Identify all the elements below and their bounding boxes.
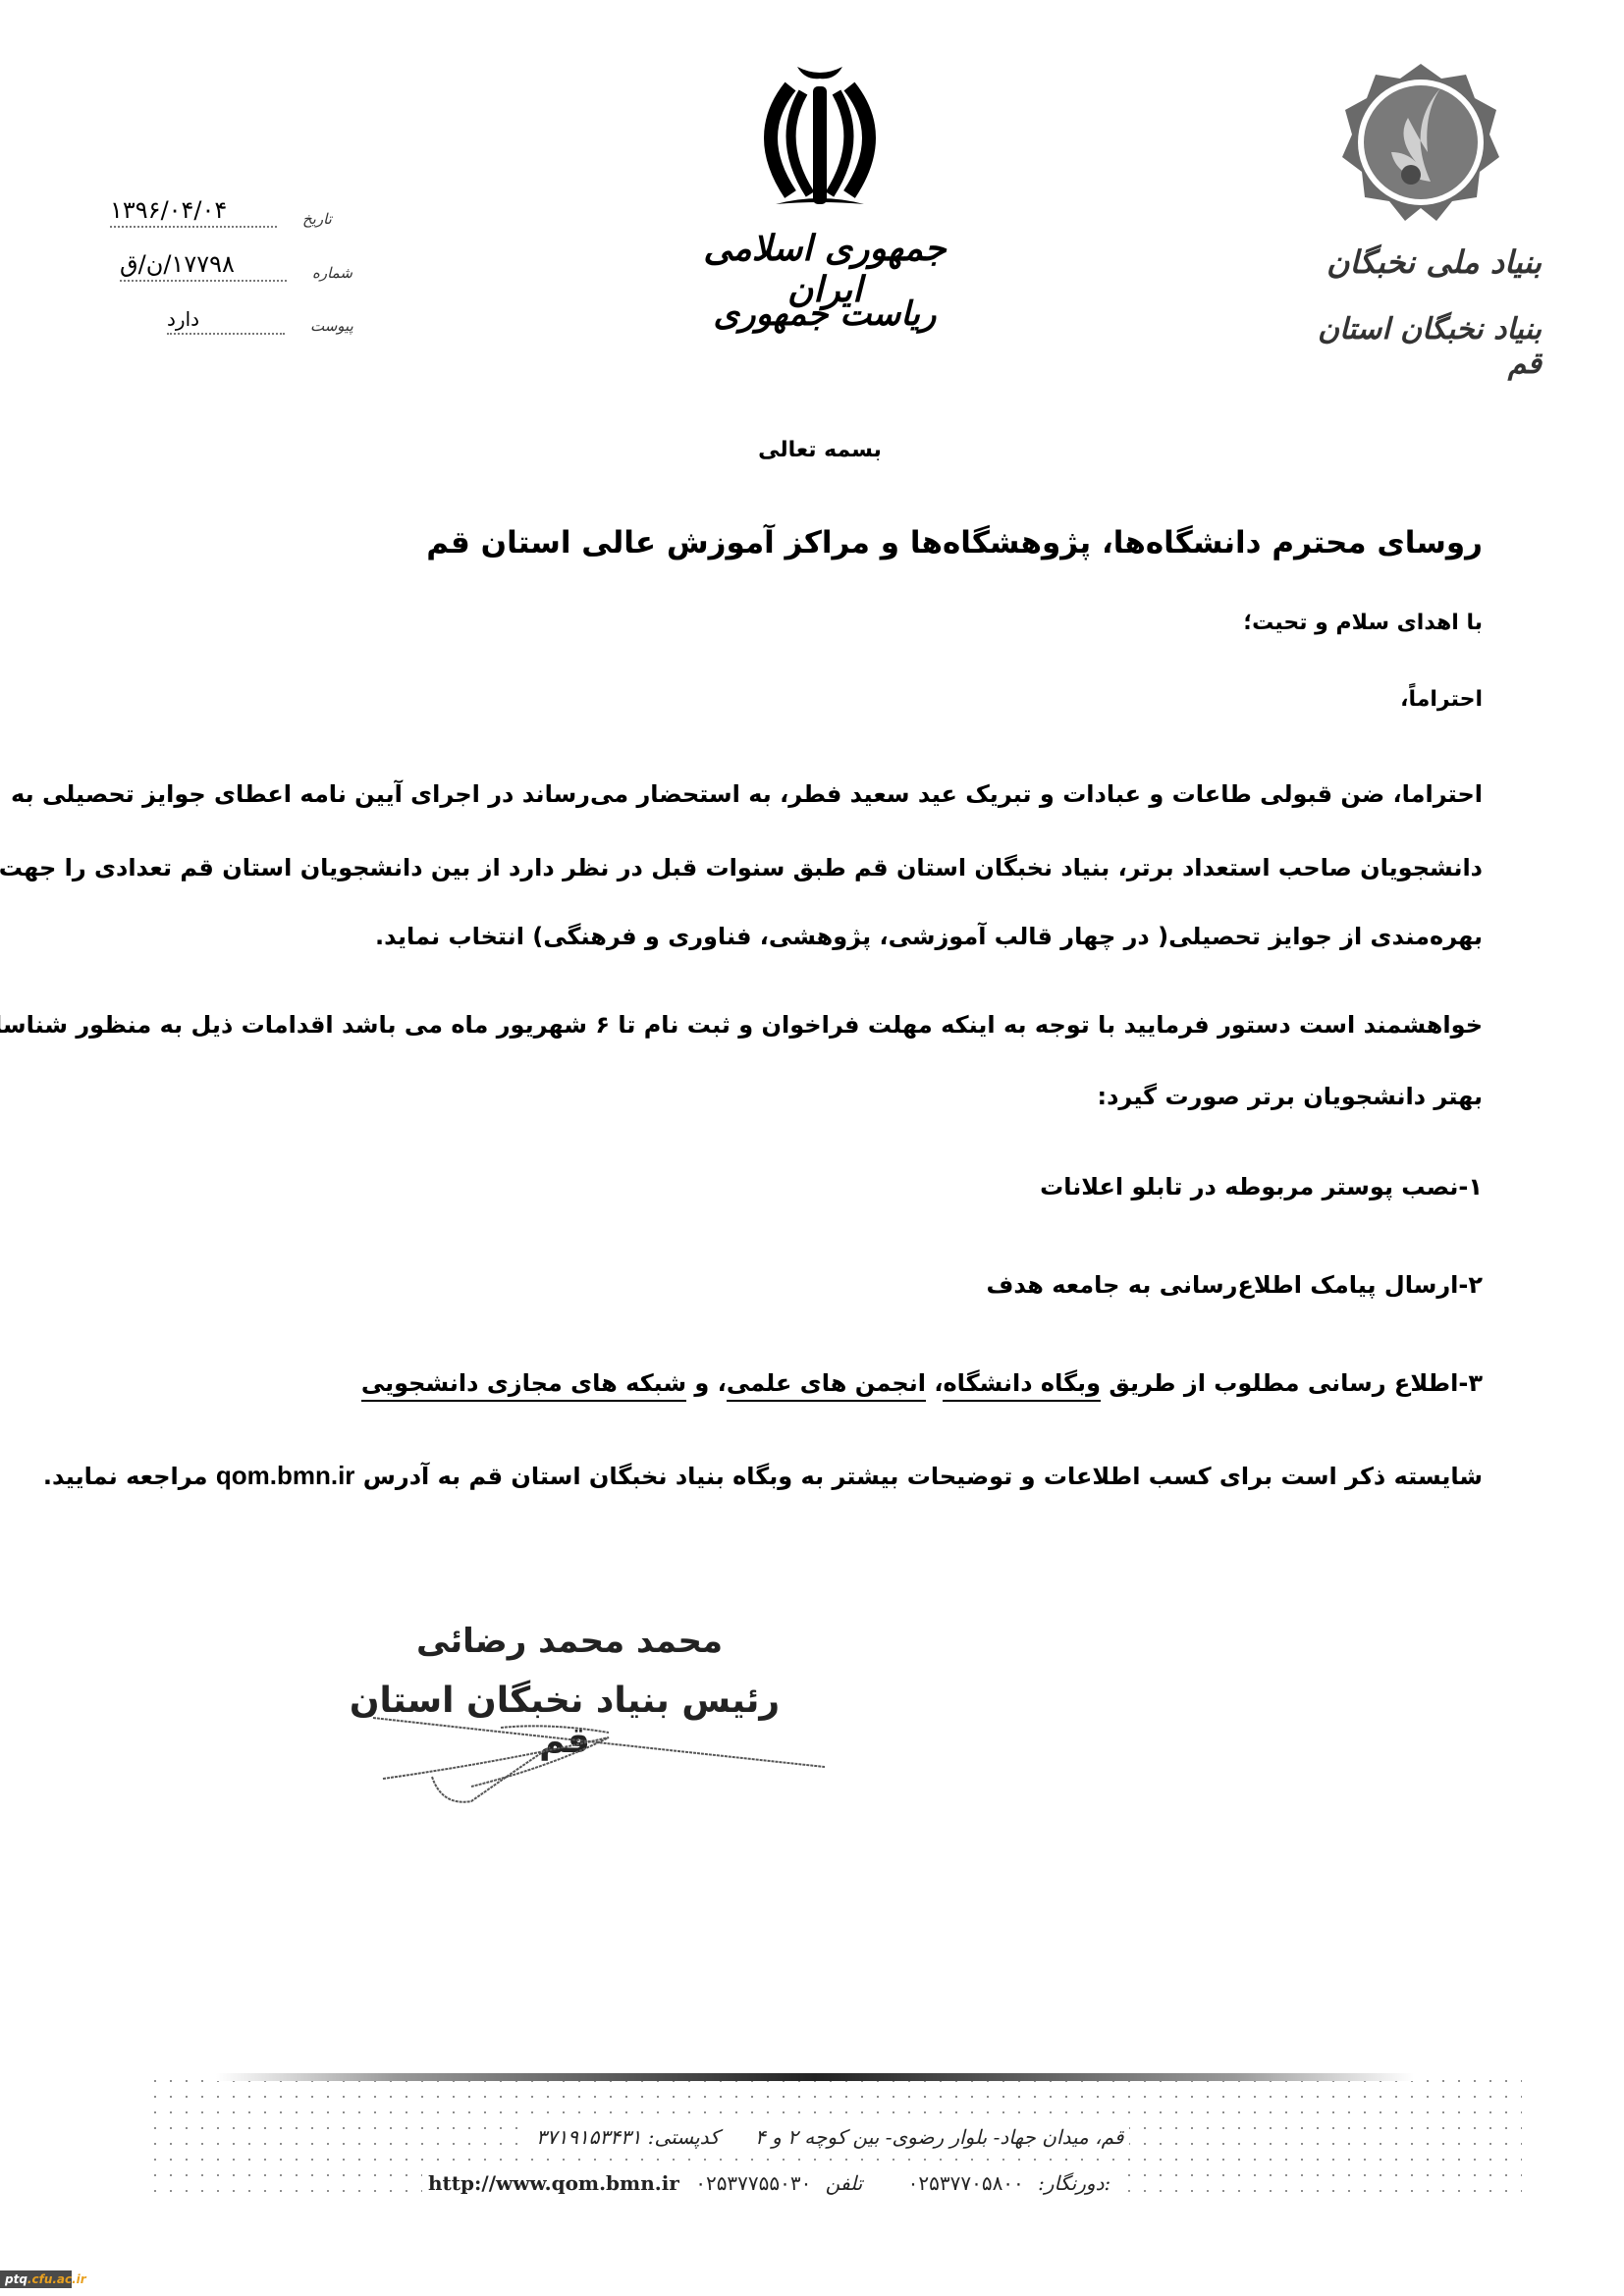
letter-number-value: ۱۷۷۹۸/ن/ق xyxy=(120,250,287,282)
list-item-2: ۲-ارسال پیامک اطلاع‌رسانی به جامعه هدف xyxy=(986,1271,1483,1299)
greeting: با اهدای سلام و تحیت؛ xyxy=(1243,611,1483,635)
footer-contact-line: http://www.qom.bmn.ir ۰۲۵۳۷۷۵۵۰۳۰ دورنگا… xyxy=(422,2171,1116,2195)
paragraph2-line2: بهتر دانشجویان برتر صورت گیرد: xyxy=(1098,1083,1483,1110)
site-watermark: ptq.cfu.ac.ir xyxy=(0,2270,72,2288)
closing-text-end: مراجعه نمایید. xyxy=(43,1463,216,1490)
paragraph1-line2: دانشجویان صاحب استعداد برتر، بنیاد نخبگا… xyxy=(145,854,1483,881)
footer-address-line: قم، میدان جهاد- بلوار رضوی- بین کوچه ۲ و… xyxy=(530,2125,1129,2149)
handwritten-signature-icon xyxy=(353,1708,844,1816)
footer-fax: ۰۲۵۳۷۷۵۵۰۳۰ xyxy=(695,2171,811,2195)
list-item-3: ۳-اطلاع رسانی مطلوب از طریق وبگاه دانشگا… xyxy=(361,1369,1483,1397)
link-university-website[interactable]: وبگاه دانشگاه xyxy=(943,1369,1101,1402)
separator: ، و xyxy=(686,1369,727,1397)
logo-caption-1: بنیاد ملی نخبگان xyxy=(1316,243,1542,281)
date-value: ۱۳۹۶/۰۴/۰۴ xyxy=(110,196,277,228)
footer-fax-label: دورنگار: xyxy=(1038,2171,1104,2195)
footer-website[interactable]: http://www.qom.bmn.ir xyxy=(428,2171,679,2195)
paragraph2-line1: خواهشمند است دستور فرمایید با توجه به ای… xyxy=(145,1011,1483,1039)
date-label: تاریخ xyxy=(302,210,332,228)
iran-emblem-icon xyxy=(736,57,903,224)
number-label: شماره xyxy=(312,264,352,282)
link-student-social-networks[interactable]: شبکه های مجازی دانشجویی xyxy=(361,1369,686,1402)
footer-address: قم، میدان جهاد- بلوار رضوی- بین کوچه ۲ و… xyxy=(755,2125,1123,2149)
bonyad-nokhbegan-logo-icon xyxy=(1337,59,1504,226)
footer-rule xyxy=(216,2073,1414,2081)
paragraph1-line1: احتراما، ضن قبولی طاعات و عبادات و تبریک… xyxy=(145,780,1483,808)
emblem-caption-2: ریاست جمهوری xyxy=(687,294,962,334)
number-row: ۱۷۷۹۸/ن/ق شماره xyxy=(120,250,352,282)
attachment-row: دارد پیوست xyxy=(167,307,353,335)
closing-paragraph: شایسته ذکر است برای کسب اطلاعات و توضیحا… xyxy=(43,1461,1483,1491)
list-item-3-prefix: ۳-اطلاع رسانی مطلوب از طریق xyxy=(1101,1369,1483,1397)
watermark-part1: ptq xyxy=(5,2272,27,2286)
footer-postal-label: کدپستی: xyxy=(648,2125,720,2149)
recipient-heading: روسای محترم دانشگاه‌ها، پژوهشگاه‌ها و مر… xyxy=(426,525,1483,561)
separator: ، xyxy=(926,1369,943,1397)
attachment-value: دارد xyxy=(167,307,285,335)
list-item-1: ۱-نصب پوستر مربوطه در تابلو اعلانات xyxy=(1040,1173,1483,1201)
date-row: ۱۳۹۶/۰۴/۰۴ تاریخ xyxy=(110,196,332,228)
website-link[interactable]: qom.bmn.ir xyxy=(216,1461,355,1490)
footer-postal-code: ۳۷۱۹۱۵۳۴۳۱ xyxy=(536,2125,641,2149)
invocation: بسمه تعالی xyxy=(746,438,893,462)
closing-text: شایسته ذکر است برای کسب اطلاعات و توضیحا… xyxy=(354,1463,1483,1490)
salutation: احتراماً، xyxy=(1400,687,1483,712)
link-scientific-associations[interactable]: انجمن های علمی xyxy=(727,1369,926,1402)
logo-caption-2: بنیاد نخبگان استان قم xyxy=(1296,312,1542,381)
paragraph1-line3: بهره‌مندی از جوایز تحصیلی( در چهار قالب … xyxy=(375,923,1483,950)
watermark-part2: .cfu.ac.ir xyxy=(27,2272,86,2286)
attachment-label: پیوست xyxy=(310,317,353,335)
footer-phone: ۰۲۵۳۷۷۰۵۸۰۰ xyxy=(908,2171,1024,2195)
signatory-name: محمد محمد رضائی xyxy=(373,1622,766,1661)
